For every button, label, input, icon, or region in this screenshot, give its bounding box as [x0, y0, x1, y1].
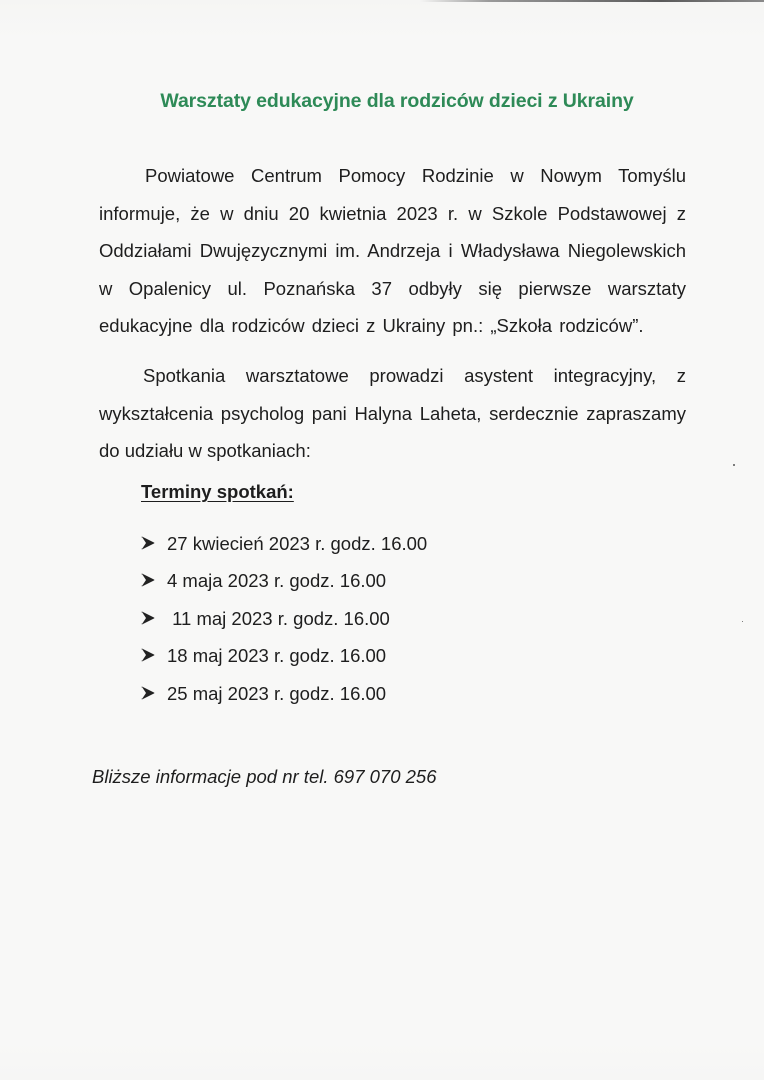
arrowhead-bullet-icon: [141, 648, 155, 662]
scanned-document-page: Warsztaty edukacyjne dla rodziców dzieci…: [0, 0, 764, 1080]
schedule-date: 11 maj 2023 r. godz. 16.00: [167, 608, 390, 630]
schedule-item: 25 maj 2023 r. godz. 16.00: [141, 675, 427, 713]
schedule-list: 27 kwiecień 2023 r. godz. 16.00 4 maja 2…: [141, 525, 427, 713]
paragraph-invitation: Spotkania warsztatowe prowadzi asystent …: [99, 357, 686, 470]
schedule-heading: Terminy spotkań:: [141, 481, 294, 503]
arrowhead-bullet-icon: [141, 573, 155, 587]
schedule-date: 4 maja 2023 r. godz. 16.00: [167, 570, 386, 592]
schedule-date: 25 maj 2023 r. godz. 16.00: [167, 683, 386, 705]
contact-phone-info: Bliższe informacje pod nr tel. 697 070 2…: [92, 766, 437, 788]
schedule-item: 4 maja 2023 r. godz. 16.00: [141, 563, 427, 601]
scan-edge-line: [420, 0, 764, 2]
document-title: Warsztaty edukacyjne dla rodziców dzieci…: [0, 90, 764, 113]
schedule-item: 11 maj 2023 r. godz. 16.00: [141, 600, 427, 638]
scan-speck: [742, 621, 743, 622]
schedule-date: 27 kwiecień 2023 r. godz. 16.00: [167, 533, 427, 555]
arrowhead-bullet-icon: [141, 686, 155, 700]
schedule-date: 18 maj 2023 r. godz. 16.00: [167, 645, 386, 667]
schedule-item: 18 maj 2023 r. godz. 16.00: [141, 638, 427, 676]
arrowhead-bullet-icon: [141, 611, 155, 625]
schedule-item: 27 kwiecień 2023 r. godz. 16.00: [141, 525, 427, 563]
arrowhead-bullet-icon: [141, 536, 155, 550]
paragraph-announcement: Powiatowe Centrum Pomocy Rodzinie w Nowy…: [99, 157, 686, 345]
scan-speck: [733, 464, 735, 466]
